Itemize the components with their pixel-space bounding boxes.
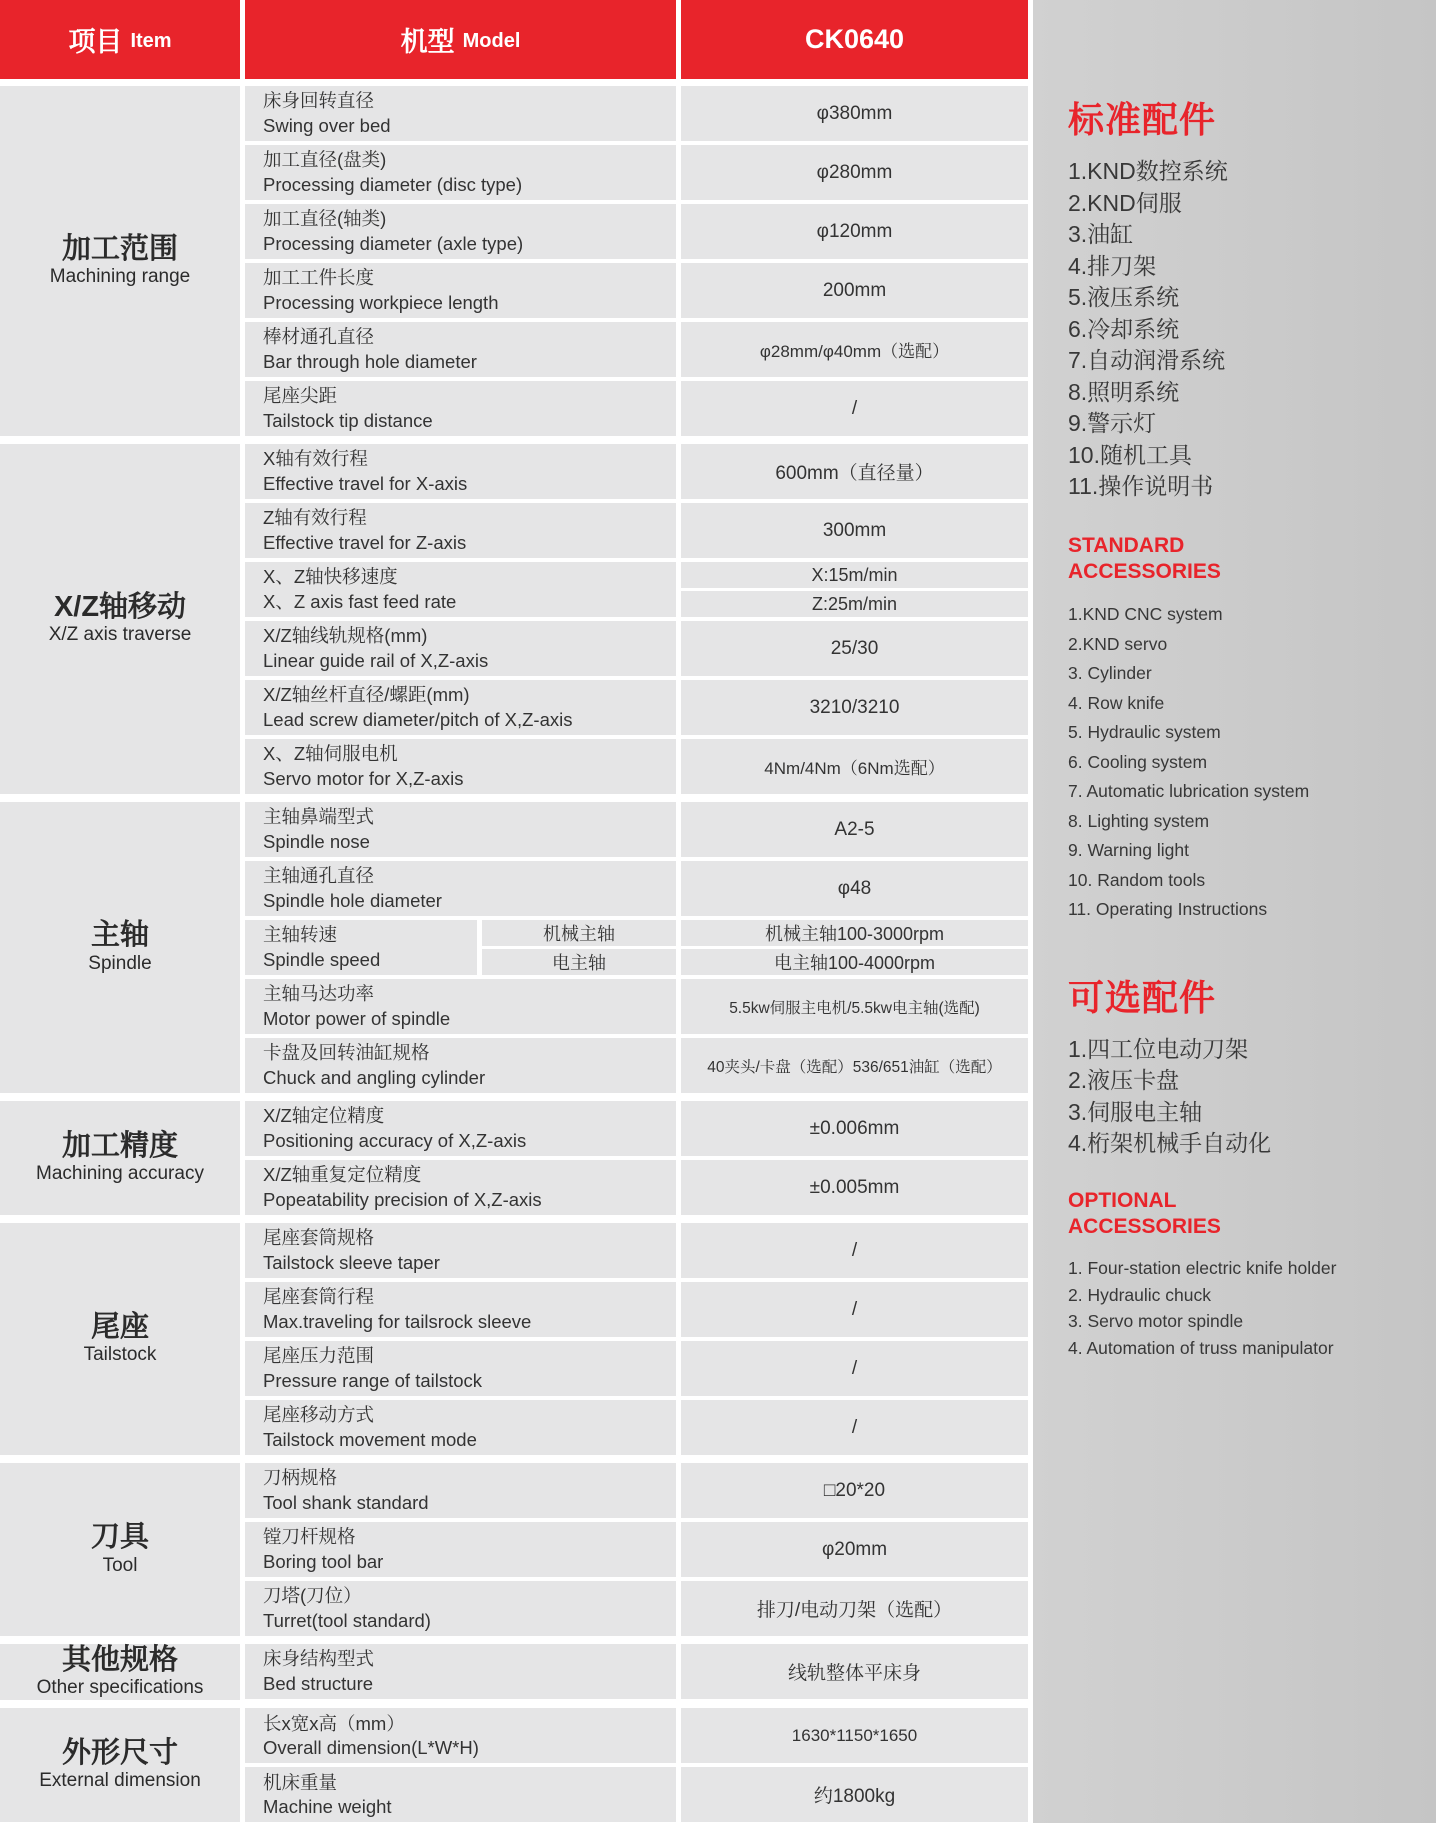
spec-table: 项目 Item 机型 Model CK0640 加工范围Machining ra… — [0, 0, 1028, 1822]
spec-name-zh: 主轴转速 — [263, 923, 477, 947]
table-row: 床身结构型式Bed structure线轨整体平床身 — [245, 1644, 1028, 1699]
spec-name-zh: 主轴通孔直径 — [263, 864, 676, 888]
spec-name-zh: Z轴有效行程 — [263, 506, 676, 530]
spec-name-en: Effective travel for X-axis — [263, 472, 676, 496]
list-item: 3. Servo motor spindle — [1068, 1308, 1426, 1335]
spec-section: 其他规格Other specifications床身结构型式Bed struct… — [0, 1644, 1028, 1700]
table-row: X/Z轴丝杆直径/螺距(mm)Lead screw diameter/pitch… — [245, 680, 1028, 735]
spec-name-cell: X/Z轴定位精度Positioning accuracy of X,Z-axis — [245, 1101, 676, 1156]
spec-name-cell: 主轴马达功率Motor power of spindle — [245, 979, 676, 1034]
spec-name-zh: 加工工件长度 — [263, 266, 676, 290]
standard-accessories-list-en: 1.KND CNC system2.KND servo3. Cylinder4.… — [1068, 600, 1426, 925]
value-cell: / — [681, 1223, 1028, 1278]
value-cell: / — [681, 381, 1028, 436]
list-item: 3.伺服电主轴 — [1068, 1097, 1426, 1129]
spec-name-en: Boring tool bar — [263, 1550, 676, 1574]
header-cell-item: 项目 Item — [0, 0, 240, 79]
category-label-en: Machining accuracy — [36, 1163, 204, 1186]
list-item: 1. Four-station electric knife holder — [1068, 1255, 1426, 1282]
spec-name-zh: 加工直径(盘类) — [263, 148, 676, 172]
spec-name-zh: 机床重量 — [263, 1771, 676, 1795]
spec-name-cell: 尾座套筒规格Tailstock sleeve taper — [245, 1223, 676, 1278]
spec-name-zh: 刀塔(刀位） — [263, 1584, 676, 1608]
spec-section: 加工范围Machining range床身回转直径Swing over bedφ… — [0, 86, 1028, 436]
spec-name-en: Spindle nose — [263, 830, 676, 854]
spec-name-cell: 刀塔(刀位）Turret(tool standard) — [245, 1581, 676, 1636]
category-label-en: Spindle — [88, 953, 151, 976]
spec-name-en: Swing over bed — [263, 114, 676, 138]
list-item: 8.照明系统 — [1068, 377, 1426, 409]
optional-accessories-title-en: OPTIONAL ACCESSORIES — [1068, 1188, 1426, 1241]
list-item: 11. Operating Instructions — [1068, 895, 1426, 925]
section-rows: X/Z轴定位精度Positioning accuracy of X,Z-axis… — [245, 1101, 1028, 1215]
table-row: X、Z轴快移速度X、Z axis fast feed rateX:15m/min… — [245, 562, 1028, 617]
category-label-zh: X/Z轴移动 — [54, 591, 186, 624]
spindle-type-label: 机械主轴 — [482, 920, 676, 946]
category-cell: 主轴Spindle — [0, 802, 240, 1093]
category-label-en: Tailstock — [84, 1344, 157, 1367]
value-subcell: Z:25m/min — [681, 591, 1028, 617]
header-item-zh: 项目 — [68, 20, 122, 59]
spec-name-cell: 加工直径(盘类)Processing diameter (disc type) — [245, 145, 676, 200]
spec-sheet-page: 项目 Item 机型 Model CK0640 加工范围Machining ra… — [0, 0, 1436, 1823]
spec-name-en: Linear guide rail of X,Z-axis — [263, 649, 676, 673]
spec-name-zh: 尾座移动方式 — [263, 1403, 676, 1427]
spec-name-cell: X/Z轴重复定位精度Popeatability precision of X,Z… — [245, 1160, 676, 1215]
value-cell: 200mm — [681, 263, 1028, 318]
list-item: 3.油缸 — [1068, 219, 1426, 251]
spec-name-cell: 棒材通孔直径Bar through hole diameter — [245, 322, 676, 377]
spec-name-en: Lead screw diameter/pitch of X,Z-axis — [263, 708, 676, 732]
spec-name-zh: X/Z轴线轨规格(mm) — [263, 624, 676, 648]
category-label-zh: 外形尺寸 — [62, 1737, 178, 1770]
value-cell: / — [681, 1282, 1028, 1337]
value-cell: ±0.006mm — [681, 1101, 1028, 1156]
spec-name-cell: 机床重量Machine weight — [245, 1767, 676, 1822]
spec-section: 刀具Tool刀柄规格Tool shank standard□20*20镗刀杆规格… — [0, 1463, 1028, 1636]
category-label-en: Tool — [103, 1555, 138, 1578]
table-row: 床身回转直径Swing over bedφ380mm — [245, 86, 1028, 141]
spec-name-cell: X轴有效行程Effective travel for X-axis — [245, 444, 676, 499]
list-item: 6. Cooling system — [1068, 748, 1426, 778]
table-row: X、Z轴伺服电机Servo motor for X,Z-axis4Nm/4Nm（… — [245, 739, 1028, 794]
spec-name-cell: 卡盘及回转油缸规格Chuck and angling cylinder — [245, 1038, 676, 1093]
spec-section: 主轴Spindle主轴鼻端型式Spindle noseA2-5主轴通孔直径Spi… — [0, 802, 1028, 1093]
spec-name-en: Processing workpiece length — [263, 291, 676, 315]
list-item: 5. Hydraulic system — [1068, 718, 1426, 748]
spec-section: X/Z轴移动X/Z axis traverseX轴有效行程Effective t… — [0, 444, 1028, 794]
spec-name-zh: 刀柄规格 — [263, 1466, 676, 1490]
spec-name-zh: 镗刀杆规格 — [263, 1525, 676, 1549]
spec-name-en: Bar through hole diameter — [263, 350, 676, 374]
spec-name-zh: X、Z轴伺服电机 — [263, 742, 676, 766]
header-model-en: Model — [463, 30, 521, 53]
spec-section: 外形尺寸External dimension长x宽x高（mm）Overall d… — [0, 1708, 1028, 1822]
category-cell: 刀具Tool — [0, 1463, 240, 1636]
section-rows: 刀柄规格Tool shank standard□20*20镗刀杆规格Boring… — [245, 1463, 1028, 1636]
table-row: 刀塔(刀位）Turret(tool standard)排刀/电动刀架（选配） — [245, 1581, 1028, 1636]
spindle-type-subcolumn: 机械主轴电主轴 — [482, 920, 676, 975]
list-item: 4. Automation of truss manipulator — [1068, 1335, 1426, 1362]
list-item: 1.KND CNC system — [1068, 600, 1426, 630]
category-cell: 尾座Tailstock — [0, 1223, 240, 1455]
section-rows: 床身回转直径Swing over bedφ380mm加工直径(盘类)Proces… — [245, 86, 1028, 436]
spec-name-cell: 镗刀杆规格Boring tool bar — [245, 1522, 676, 1577]
table-row: X/Z轴定位精度Positioning accuracy of X,Z-axis… — [245, 1101, 1028, 1156]
spec-name-zh: 尾座尖距 — [263, 384, 676, 408]
spec-name-en: Machine weight — [263, 1795, 676, 1819]
spec-name-zh: 床身回转直径 — [263, 89, 676, 113]
value-cell: 线轨整体平床身 — [681, 1644, 1028, 1699]
category-cell: 外形尺寸External dimension — [0, 1708, 240, 1822]
spec-name-cell: X、Z轴伺服电机Servo motor for X,Z-axis — [245, 739, 676, 794]
value-cell: / — [681, 1400, 1028, 1455]
spec-name-cell: 刀柄规格Tool shank standard — [245, 1463, 676, 1518]
spec-name-cell: 床身回转直径Swing over bed — [245, 86, 676, 141]
spec-name-cell: 床身结构型式Bed structure — [245, 1644, 676, 1699]
spec-name-cell: 加工直径(轴类)Processing diameter (axle type) — [245, 204, 676, 259]
table-row: 尾座尖距Tailstock tip distance/ — [245, 381, 1028, 436]
spec-table-header: 项目 Item 机型 Model CK0640 — [0, 0, 1028, 79]
optional-accessories-list-zh: 1.四工位电动刀架2.液压卡盘3.伺服电主轴4.桁架机械手自动化 — [1068, 1034, 1426, 1160]
spec-name-en: Max.traveling for tailsrock sleeve — [263, 1310, 676, 1334]
value-cell: 约1800kg — [681, 1767, 1028, 1822]
spec-name-cell: X/Z轴线轨规格(mm)Linear guide rail of X,Z-axi… — [245, 621, 676, 676]
spec-name-en: Tailstock tip distance — [263, 409, 676, 433]
spec-name-cell: 加工工件长度Processing workpiece length — [245, 263, 676, 318]
spec-name-zh: X/Z轴定位精度 — [263, 1104, 676, 1128]
spec-name-cell: X、Z轴快移速度X、Z axis fast feed rate — [245, 562, 676, 617]
list-item: 4. Row knife — [1068, 689, 1426, 719]
spec-name-en: Spindle speed — [263, 948, 477, 972]
spec-name-en: Motor power of spindle — [263, 1007, 676, 1031]
value-cell: 600mm（直径量） — [681, 444, 1028, 499]
spec-name-cell: 尾座尖距Tailstock tip distance — [245, 381, 676, 436]
table-row: 长x宽x高（mm）Overall dimension(L*W*H)1630*11… — [245, 1708, 1028, 1763]
list-item: 2.液压卡盘 — [1068, 1065, 1426, 1097]
spec-name-en: Effective travel for Z-axis — [263, 531, 676, 555]
section-rows: 主轴鼻端型式Spindle noseA2-5主轴通孔直径Spindle hole… — [245, 802, 1028, 1093]
spec-name-en: Servo motor for X,Z-axis — [263, 767, 676, 791]
spec-name-cell: Z轴有效行程Effective travel for Z-axis — [245, 503, 676, 558]
header-cell-model-name: CK0640 — [681, 0, 1028, 79]
list-item: 4.排刀架 — [1068, 251, 1426, 283]
spec-name-zh: 棒材通孔直径 — [263, 325, 676, 349]
spec-name-zh: 床身结构型式 — [263, 1647, 676, 1671]
table-row: 尾座套筒规格Tailstock sleeve taper/ — [245, 1223, 1028, 1278]
spindle-type-label: 电主轴 — [482, 949, 676, 975]
spec-name-en: Pressure range of tailstock — [263, 1369, 676, 1393]
accessories-panel: 标准配件 1.KND数控系统2.KND伺服3.油缸4.排刀架5.液压系统6.冷却… — [1033, 0, 1436, 1823]
list-item: 4.桁架机械手自动化 — [1068, 1128, 1426, 1160]
value-cell: A2-5 — [681, 802, 1028, 857]
list-item: 5.液压系统 — [1068, 282, 1426, 314]
value-cell: 40夹头/卡盘（选配）536/651油缸（选配） — [681, 1038, 1028, 1093]
value-cell: 300mm — [681, 503, 1028, 558]
spec-name-en: Positioning accuracy of X,Z-axis — [263, 1129, 676, 1153]
spec-name-zh: 主轴马达功率 — [263, 982, 676, 1006]
spec-name-cell: 主轴通孔直径Spindle hole diameter — [245, 861, 676, 916]
list-item: 2. Hydraulic chuck — [1068, 1282, 1426, 1309]
list-item: 9. Warning light — [1068, 836, 1426, 866]
header-item-en: Item — [130, 30, 171, 53]
spec-section: 加工精度Machining accuracyX/Z轴定位精度Positionin… — [0, 1101, 1028, 1215]
header-cell-model: 机型 Model — [245, 0, 676, 79]
category-label-en: Machining range — [50, 266, 190, 289]
table-row: 加工工件长度Processing workpiece length200mm — [245, 263, 1028, 318]
spec-name-en: X、Z axis fast feed rate — [263, 590, 676, 614]
spec-name-en: Processing diameter (axle type) — [263, 232, 676, 256]
spec-name-en: Tailstock movement mode — [263, 1428, 676, 1452]
spec-name-en: Chuck and angling cylinder — [263, 1066, 676, 1090]
list-item: 1.KND数控系统 — [1068, 156, 1426, 188]
table-row: 刀柄规格Tool shank standard□20*20 — [245, 1463, 1028, 1518]
spec-name-en: Tool shank standard — [263, 1491, 676, 1515]
spec-name-zh: 卡盘及回转油缸规格 — [263, 1041, 676, 1065]
spacer — [1068, 925, 1426, 970]
value-cell: φ48 — [681, 861, 1028, 916]
spec-name-en: Popeatability precision of X,Z-axis — [263, 1188, 676, 1212]
list-item: 6.冷却系统 — [1068, 314, 1426, 346]
header-model-zh: 机型 — [401, 20, 455, 59]
model-name: CK0640 — [805, 24, 904, 55]
value-cell: ±0.005mm — [681, 1160, 1028, 1215]
value-cell: φ120mm — [681, 204, 1028, 259]
spec-name-zh: 尾座套筒行程 — [263, 1285, 676, 1309]
list-item: 3. Cylinder — [1068, 659, 1426, 689]
category-label-en: X/Z axis traverse — [49, 624, 192, 647]
value-cell: X:15m/minZ:25m/min — [681, 562, 1028, 617]
table-row: 主轴通孔直径Spindle hole diameterφ48 — [245, 861, 1028, 916]
category-label-zh: 其他规格 — [62, 1644, 178, 1677]
table-row: 尾座套筒行程Max.traveling for tailsrock sleeve… — [245, 1282, 1028, 1337]
value-cell: □20*20 — [681, 1463, 1028, 1518]
table-row: 尾座移动方式Tailstock movement mode/ — [245, 1400, 1028, 1455]
value-cell: / — [681, 1341, 1028, 1396]
table-row: 加工直径(轴类)Processing diameter (axle type)φ… — [245, 204, 1028, 259]
spec-name-cell: 尾座移动方式Tailstock movement mode — [245, 1400, 676, 1455]
list-item: 8. Lighting system — [1068, 807, 1426, 837]
section-rows: 尾座套筒规格Tailstock sleeve taper/尾座套筒行程Max.t… — [245, 1223, 1028, 1455]
optional-accessories-title-zh: 可选配件 — [1068, 970, 1426, 1021]
value-cell: φ380mm — [681, 86, 1028, 141]
table-row: 卡盘及回转油缸规格Chuck and angling cylinder40夹头/… — [245, 1038, 1028, 1093]
spec-name-zh: X/Z轴重复定位精度 — [263, 1163, 676, 1187]
standard-accessories-title-zh: 标准配件 — [1068, 92, 1426, 143]
category-cell: X/Z轴移动X/Z axis traverse — [0, 444, 240, 794]
table-row: X轴有效行程Effective travel for X-axis600mm（直… — [245, 444, 1028, 499]
list-item: 10.随机工具 — [1068, 440, 1426, 472]
spec-name-en: Bed structure — [263, 1672, 676, 1696]
category-label-zh: 主轴 — [91, 919, 149, 952]
spacer — [1068, 503, 1426, 533]
value-cell: 3210/3210 — [681, 680, 1028, 735]
table-row: 主轴马达功率Motor power of spindle5.5kw伺服主电机/5… — [245, 979, 1028, 1034]
table-row: X/Z轴线轨规格(mm)Linear guide rail of X,Z-axi… — [245, 621, 1028, 676]
value-subcell: 电主轴100-4000rpm — [681, 949, 1028, 975]
standard-accessories-list-zh: 1.KND数控系统2.KND伺服3.油缸4.排刀架5.液压系统6.冷却系统7.自… — [1068, 156, 1426, 503]
spec-name-zh: 主轴鼻端型式 — [263, 805, 676, 829]
table-row: 机床重量Machine weight约1800kg — [245, 1767, 1028, 1822]
table-row: 主轴转速Spindle speed机械主轴电主轴机械主轴100-3000rpm电… — [245, 920, 1028, 975]
list-item: 11.操作说明书 — [1068, 471, 1426, 503]
category-label-zh: 加工范围 — [62, 233, 178, 266]
list-item: 2.KND伺服 — [1068, 188, 1426, 220]
value-cell: 1630*1150*1650 — [681, 1708, 1028, 1763]
value-cell: φ28mm/φ40mm（选配） — [681, 322, 1028, 377]
spec-name-zh: 加工直径(轴类) — [263, 207, 676, 231]
spec-name-cell: 尾座套筒行程Max.traveling for tailsrock sleeve — [245, 1282, 676, 1337]
list-item: 7.自动润滑系统 — [1068, 345, 1426, 377]
optional-accessories-list-en: 1. Four-station electric knife holder2. … — [1068, 1255, 1426, 1361]
spec-name-cell: 长x宽x高（mm）Overall dimension(L*W*H) — [245, 1708, 676, 1763]
table-row: 主轴鼻端型式Spindle noseA2-5 — [245, 802, 1028, 857]
spec-name-cell: 主轴鼻端型式Spindle nose — [245, 802, 676, 857]
spec-name-zh: 长x宽x高（mm） — [263, 1712, 676, 1736]
category-label-zh: 尾座 — [91, 1311, 149, 1344]
table-row: 加工直径(盘类)Processing diameter (disc type)φ… — [245, 145, 1028, 200]
value-cell: φ20mm — [681, 1522, 1028, 1577]
value-cell: 排刀/电动刀架（选配） — [681, 1581, 1028, 1636]
standard-accessories-title-en: STANDARD ACCESSORIES — [1068, 533, 1426, 586]
section-rows: X轴有效行程Effective travel for X-axis600mm（直… — [245, 444, 1028, 794]
section-rows: 床身结构型式Bed structure线轨整体平床身 — [245, 1644, 1028, 1700]
list-item: 10. Random tools — [1068, 866, 1426, 896]
category-cell: 其他规格Other specifications — [0, 1644, 240, 1700]
spec-name-cell: 主轴转速Spindle speed — [245, 920, 477, 975]
value-subcell: X:15m/min — [681, 562, 1028, 588]
spec-name-cell: 尾座压力范围Pressure range of tailstock — [245, 1341, 676, 1396]
value-cell: 4Nm/4Nm（6Nm选配） — [681, 739, 1028, 794]
spec-name-en: Overall dimension(L*W*H) — [263, 1736, 676, 1760]
category-cell: 加工精度Machining accuracy — [0, 1101, 240, 1215]
value-cell: 25/30 — [681, 621, 1028, 676]
value-subcell: 机械主轴100-3000rpm — [681, 920, 1028, 946]
value-cell: 机械主轴100-3000rpm电主轴100-4000rpm — [681, 920, 1028, 975]
spacer — [1068, 1160, 1426, 1188]
spec-name-en: Tailstock sleeve taper — [263, 1251, 676, 1275]
category-label-zh: 刀具 — [91, 1521, 149, 1554]
spec-name-en: Processing diameter (disc type) — [263, 173, 676, 197]
spec-name-cell: X/Z轴丝杆直径/螺距(mm)Lead screw diameter/pitch… — [245, 680, 676, 735]
spec-name-zh: X/Z轴丝杆直径/螺距(mm) — [263, 683, 676, 707]
spec-table-body: 加工范围Machining range床身回转直径Swing over bedφ… — [0, 86, 1028, 1822]
table-row: 棒材通孔直径Bar through hole diameterφ28mm/φ40… — [245, 322, 1028, 377]
category-label-en: Other specifications — [37, 1677, 204, 1700]
category-label-zh: 加工精度 — [62, 1130, 178, 1163]
spec-name-zh: X轴有效行程 — [263, 447, 676, 471]
category-label-en: External dimension — [39, 1770, 201, 1793]
list-item: 7. Automatic lubrication system — [1068, 777, 1426, 807]
table-row: X/Z轴重复定位精度Popeatability precision of X,Z… — [245, 1160, 1028, 1215]
value-cell: 5.5kw伺服主电机/5.5kw电主轴(选配) — [681, 979, 1028, 1034]
value-cell: φ280mm — [681, 145, 1028, 200]
spec-name-en: Turret(tool standard) — [263, 1609, 676, 1633]
spec-name-zh: X、Z轴快移速度 — [263, 565, 676, 589]
section-rows: 长x宽x高（mm）Overall dimension(L*W*H)1630*11… — [245, 1708, 1028, 1822]
list-item: 2.KND servo — [1068, 630, 1426, 660]
table-row: 尾座压力范围Pressure range of tailstock/ — [245, 1341, 1028, 1396]
category-cell: 加工范围Machining range — [0, 86, 240, 436]
table-row: Z轴有效行程Effective travel for Z-axis300mm — [245, 503, 1028, 558]
spec-name-en: Spindle hole diameter — [263, 889, 676, 913]
spec-name-zh: 尾座套筒规格 — [263, 1226, 676, 1250]
table-row: 镗刀杆规格Boring tool barφ20mm — [245, 1522, 1028, 1577]
spec-name-zh: 尾座压力范围 — [263, 1344, 676, 1368]
list-item: 9.警示灯 — [1068, 408, 1426, 440]
list-item: 1.四工位电动刀架 — [1068, 1034, 1426, 1066]
spec-section: 尾座Tailstock尾座套筒规格Tailstock sleeve taper/… — [0, 1223, 1028, 1455]
